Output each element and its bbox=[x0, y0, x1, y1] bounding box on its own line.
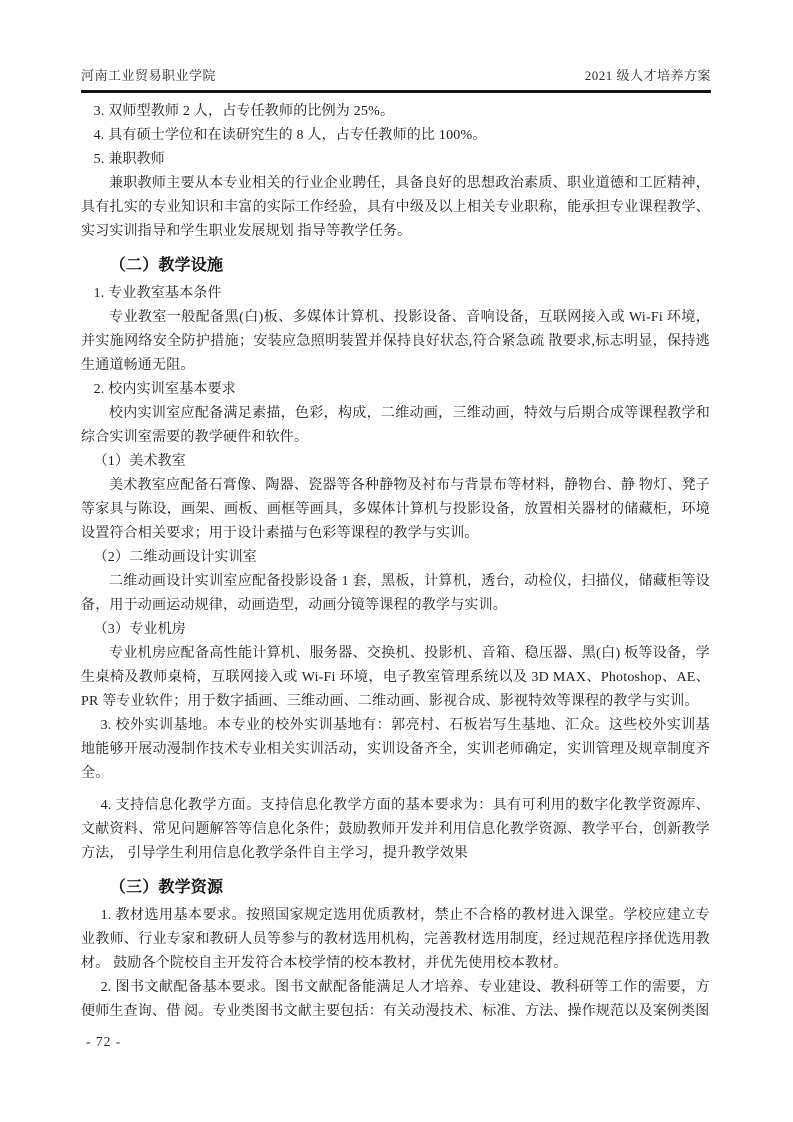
paragraph: 4. 支持信息化教学方面。支持信息化教学方面的基本要求为：具有可利用的数字化教学… bbox=[81, 794, 710, 866]
paragraph: 2. 图书文献配备基本要求。图书文献配备能满足人才培养、专业建设、教科研等工作的… bbox=[81, 976, 710, 1024]
numbered-item: 4. 具有硕士学位和在读研究生的 8 人，占专任教师的比 100%。 bbox=[81, 124, 710, 148]
numbered-item: 3. 双师型教师 2 人，占专任教师的比例为 25%。 bbox=[81, 100, 710, 124]
numbered-item: 5. 兼职教师 bbox=[81, 148, 710, 172]
numbered-item: 1. 专业教室基本条件 bbox=[81, 282, 710, 306]
document-page: 河南工业贸易职业学院 2021 级人才培养方案 3. 双师型教师 2 人，占专任… bbox=[0, 0, 793, 1122]
numbered-item: （2）二维动画设计实训室 bbox=[81, 546, 710, 570]
page-number: - 72 - bbox=[86, 1034, 121, 1050]
numbered-item: （3）专业机房 bbox=[81, 618, 710, 642]
numbered-item: 2. 校内实训室基本要求 bbox=[81, 378, 710, 402]
paragraph: 兼职教师主要从本专业相关的行业企业聘任，具备良好的思想政治素质、职业道德和工匠精… bbox=[81, 172, 710, 244]
paragraph: 二维动画设计实训室应配备投影设备 1 套，黑板，计算机，透台，动检仪，扫描仪，储… bbox=[81, 570, 710, 618]
numbered-item: （1）美术教室 bbox=[81, 450, 710, 474]
document-body: 3. 双师型教师 2 人，占专任教师的比例为 25%。 4. 具有硕士学位和在读… bbox=[81, 100, 710, 1024]
header-school-name: 河南工业贸易职业学院 bbox=[81, 66, 216, 85]
paragraph: 3. 校外实训基地。本专业的校外实训基地有：郭亮村、石板岩写生基地、汇众。这些校… bbox=[81, 714, 710, 786]
section-heading: （三）教学资源 bbox=[81, 875, 710, 901]
header-document-title: 2021 级人才培养方案 bbox=[585, 66, 711, 85]
page-header: 河南工业贸易职业学院 2021 级人才培养方案 bbox=[81, 0, 711, 93]
paragraph: 美术教室应配备石膏像、陶器、瓷器等各种静物及衬布与背景布等材料，静物台、静 物灯… bbox=[81, 474, 710, 546]
paragraph: 1. 教材选用基本要求。按照国家规定选用优质教材，禁止不合格的教材进入课堂。学校… bbox=[81, 904, 710, 976]
section-heading: （二）教学设施 bbox=[81, 253, 710, 279]
paragraph: 专业机房应配备高性能计算机、服务器、交换机、投影机、音箱、稳压器、黑(白) 板等… bbox=[81, 642, 710, 714]
paragraph: 校内实训室应配备满足素描，色彩，构成，二维动画，三维动画，特效与后期合成等课程教… bbox=[81, 402, 710, 450]
paragraph: 专业教室一般配备黑(白)板、多媒体计算机、投影设备、音响设备，互联网接入或 Wi… bbox=[81, 306, 710, 378]
